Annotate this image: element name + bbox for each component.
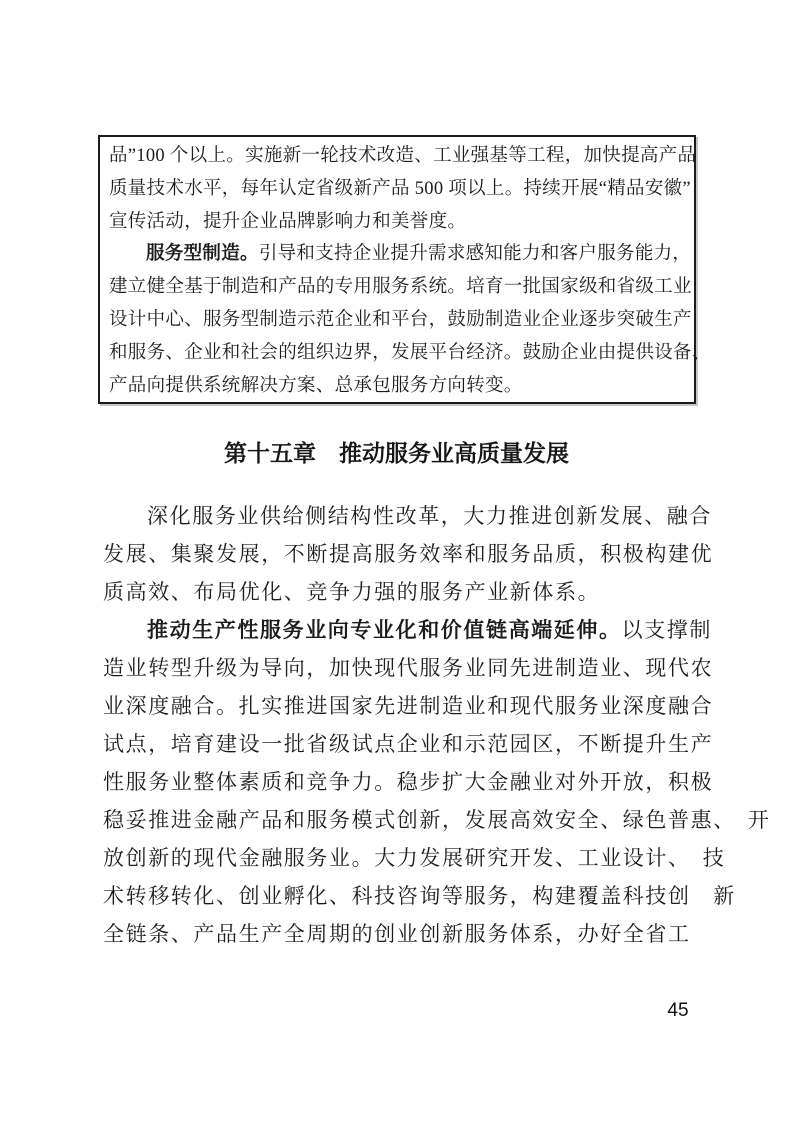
text-line: 服务型制造。引导和支持企业提升需求感知能力和客户服务能力， <box>109 238 688 271</box>
text-segment: 和服务、企业和社会的组织边界，发展平台经济。鼓励企业由提供设备、 <box>109 343 711 363</box>
text-segment: 宣传活动，提升企业品牌影响力和美誉度。 <box>109 212 466 232</box>
document-page: 品”100 个以上。实施新一轮技术改造、工业强基等工程，加快提高产品质量技术水平… <box>0 0 793 1122</box>
text-line: 质量技术水平，每年认定省级新产品 500 项以上。持续开展“精品安徽” <box>109 173 688 206</box>
text-segment: 造业转型升级为导向，加快现代服务业同先进制造业、现代农 <box>103 656 713 680</box>
text-line: 稳妥推进金融产品和服务模式创新，发展高效安全、绿色普惠、 开 <box>103 801 715 839</box>
text-line: 全链条、产品生产全周期的创业创新服务体系，办好全省工 <box>103 915 715 953</box>
text-line: 业深度融合。扎实推进国家先进制造业和现代服务业深度融合 <box>103 687 715 725</box>
text-segment: 产品向提供系统解决方案、总承包服务方向转变。 <box>109 376 523 396</box>
text-line: 建立健全基于制造和产品的专用服务系统。培育一批国家级和省级工业 <box>109 271 688 304</box>
text-segment: 建立健全基于制造和产品的专用服务系统。培育一批国家级和省级工业 <box>109 277 692 297</box>
text-line: 和服务、企业和社会的组织边界，发展平台经济。鼓励企业由提供设备、 <box>109 337 688 370</box>
text-segment: 引导和支持企业提升需求感知能力和客户服务能力， <box>259 244 691 264</box>
text-segment: 放创新的现代金融服务业。大力发展研究开发、工业设计、 技 <box>103 846 725 870</box>
text-segment: 稳妥推进金融产品和服务模式创新，发展高效安全、绿色普惠、 开 <box>103 808 771 832</box>
text-segment: 业深度融合。扎实推进国家先进制造业和现代服务业深度融合 <box>103 694 713 718</box>
text-segment: 以支撑制 <box>622 618 712 642</box>
text-segment: 质高效、布局优化、竞争力强的服务产业新体系。 <box>103 580 600 604</box>
text-line: 质高效、布局优化、竞争力强的服务产业新体系。 <box>103 573 715 611</box>
bold-lead-text: 推动生产性服务业向专业化和价值链高端延伸。 <box>147 618 622 642</box>
text-segment: 试点，培育建设一批省级试点企业和示范园区，不断提升生产 <box>103 732 713 756</box>
text-segment: 设计中心、服务型制造示范企业和平台，鼓励制造业企业逐步突破生产 <box>109 310 692 330</box>
text-line: 试点，培育建设一批省级试点企业和示范园区，不断提升生产 <box>103 725 715 763</box>
paragraph-intro: 深化服务业供给侧结构性改革，大力推进创新发展、融合发展、集聚发展，不断提高服务效… <box>103 497 715 611</box>
text-line: 发展、集聚发展，不断提高服务效率和服务品质，积极构建优 <box>103 535 715 573</box>
text-segment: 深化服务业供给侧结构性改革，大力推进创新发展、融合 <box>147 504 712 528</box>
text-line: 推动生产性服务业向专业化和价值链高端延伸。以支撑制 <box>103 611 715 649</box>
chapter-number: 第十五章 <box>224 440 316 466</box>
bold-lead-text: 服务型制造。 <box>146 244 259 264</box>
boxed-text-callout: 品”100 个以上。实施新一轮技术改造、工业强基等工程，加快提高产品质量技术水平… <box>98 135 696 404</box>
text-line: 深化服务业供给侧结构性改革，大力推进创新发展、融合 <box>103 497 715 535</box>
text-line: 术转移转化、创业孵化、科技咨询等服务，构建覆盖科技创 新 <box>103 877 715 915</box>
paragraph-producer-services: 推动生产性服务业向专业化和价值链高端延伸。以支撑制造业转型升级为导向，加快现代服… <box>103 611 715 953</box>
text-line: 性服务业整体素质和竞争力。稳步扩大金融业对外开放，积极 <box>103 763 715 801</box>
text-line: 设计中心、服务型制造示范企业和平台，鼓励制造业企业逐步突破生产 <box>109 304 688 337</box>
text-line: 品”100 个以上。实施新一轮技术改造、工业强基等工程，加快提高产品 <box>109 140 688 173</box>
text-segment: 质量技术水平，每年认定省级新产品 500 项以上。持续开展“精品安徽” <box>109 179 691 199</box>
text-line: 宣传活动，提升企业品牌影响力和美誉度。 <box>109 206 688 239</box>
page-number: 45 <box>658 1000 698 1022</box>
text-segment: 发展、集聚发展，不断提高服务效率和服务品质，积极构建优 <box>103 542 713 566</box>
chapter-heading: 第十五章推动服务业高质量发展 <box>0 438 793 468</box>
text-line: 产品向提供系统解决方案、总承包服务方向转变。 <box>109 370 688 403</box>
text-segment: 品”100 个以上。实施新一轮技术改造、工业强基等工程，加快提高产品 <box>109 146 696 166</box>
text-line: 造业转型升级为导向，加快现代服务业同先进制造业、现代农 <box>103 649 715 687</box>
text-segment: 术转移转化、创业孵化、科技咨询等服务，构建覆盖科技创 新 <box>103 884 736 908</box>
text-line: 放创新的现代金融服务业。大力发展研究开发、工业设计、 技 <box>103 839 715 877</box>
body-text: 深化服务业供给侧结构性改革，大力推进创新发展、融合发展、集聚发展，不断提高服务效… <box>103 497 715 953</box>
chapter-title: 推动服务业高质量发展 <box>339 440 569 466</box>
text-segment: 性服务业整体素质和竞争力。稳步扩大金融业对外开放，积极 <box>103 770 713 794</box>
text-segment: 全链条、产品生产全周期的创业创新服务体系，办好全省工 <box>103 922 691 946</box>
